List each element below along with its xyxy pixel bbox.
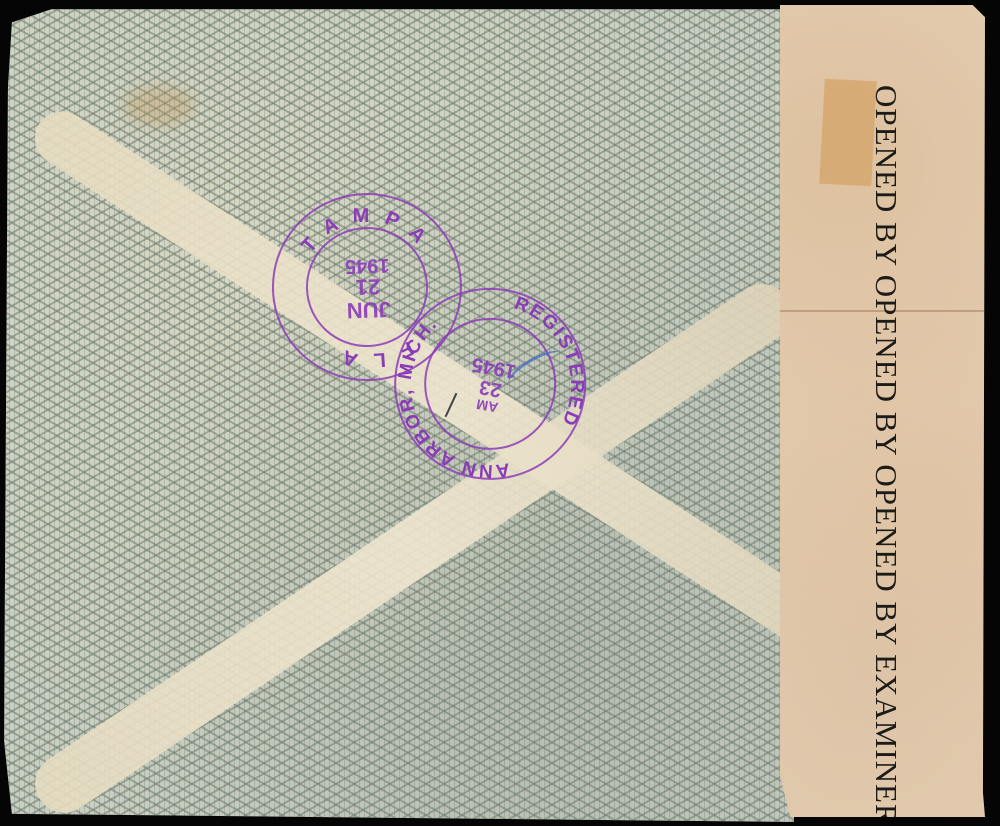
stain — [124, 86, 194, 126]
censor-tape: OPENED BY OPENED BY OPENED BY EXAMINER — [780, 5, 985, 817]
scene: TAMPA FLA JUN 21 1945 ANN ARBOR, MICH. R… — [0, 0, 1000, 826]
censor-tape-text: OPENED BY OPENED BY OPENED BY EXAMINER — [864, 85, 904, 785]
svg-text:TAMPA: TAMPA — [296, 202, 440, 262]
postmark-ann-arbor-registered: ANN ARBOR, MICH. REGISTERED AM 23 1945 — [379, 273, 604, 498]
postmark-date: JUN 21 1945 — [345, 254, 392, 323]
